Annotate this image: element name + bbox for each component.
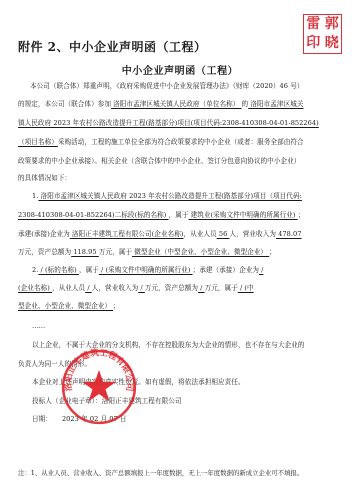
body-line: 的具体情况如下： — [18, 174, 71, 183]
document-page: 雷 郭 印 晓 附件 2、中小企业声明函（工程） 中小企业声明函（工程） 本公司… — [0, 0, 360, 502]
item-2-line: 2. / (标的名称) ，属于 / (采购文件中明确的所属行业) ；承建（承接）… — [32, 266, 263, 275]
contractor-name: 洛阳正丰建筑工程有限公司(企业名称) — [70, 230, 184, 238]
item-1-line: 承建(承接)企业为 洛阳正丰建筑工程有限公司(企业名称)，从业人员 56 人，营… — [18, 230, 302, 239]
personal-seal-stamp: 雷 郭 印 晓 — [303, 14, 342, 54]
seal-char: 雷 — [304, 15, 323, 34]
item-2-line: (企业名称) ，从业人员 / 人，营业收入为 / 万元，资产总额为 / 万元，属… — [18, 284, 254, 293]
annex-heading: 附件 2、中小企业声明函（工程） — [18, 38, 207, 55]
item-1-line: 万元，资产总额为 118.95 万元，属于 微型企业（中型企业、小型企业、微型企… — [18, 248, 276, 257]
revenue-value: 478.07 — [276, 230, 302, 238]
body-line: 政策要求的中小企业承接）。相关企业（含联合体中的中小企业、签订分包意向协议的中小… — [18, 157, 300, 166]
company-seal-stamp: 洛阳正丰建筑工程有限公司 — [60, 348, 138, 426]
item-1-line: 1. 洛阳市孟津区城关镇人民政府 2023 年农村公路改造提升工程(路基部分)项… — [32, 192, 302, 201]
ellipsis: …… — [32, 322, 45, 331]
star-icon — [82, 370, 116, 402]
employee-count: 56 — [217, 230, 230, 238]
body-line: 的规定，本公司（联合体）参加 洛阳市孟津区城关镇人民政府（单位名称） 的 洛阳市… — [18, 100, 304, 109]
body-line: （项目名称）采购活动，工程的施工单位全部为符合政策要求的中小企业（或者：服务全部… — [18, 138, 304, 147]
seal-char: 印 — [304, 34, 323, 53]
purchaser-name: 洛阳市孟津区城关镇人民政府（单位名称） — [111, 100, 242, 108]
item-1-line: 2308-410308-04-01-852264)二标段(标的名称) ，属于 建… — [18, 211, 304, 220]
seal-char: 晓 — [323, 34, 342, 53]
document-title: 中小企业声明函（工程） — [0, 62, 360, 77]
seal-char: 郭 — [323, 15, 342, 34]
body-line: 本公司（联合体）郑重声明，《政府采购促进中小企业发展管理办法》（财库（2020）… — [30, 82, 303, 91]
footnote: 注：1、从业人员、营业收入、资产总额填报上一年度数据，无上一年度数据的新成立企业… — [18, 468, 303, 477]
project-name-cont: 镇人民政府 2023 年农村公路改造提升工程(路基部分)项目(项目代码:2308… — [18, 119, 319, 128]
item-2-line: 型企业、小型企业、微型企业） ； — [18, 302, 120, 311]
total-assets-value: 118.95 — [71, 248, 99, 256]
project-name: 洛阳市孟津区城关 — [248, 100, 303, 108]
date-label: 日期： — [32, 415, 52, 423]
enterprise-type: 微型企业（中型企业、小型企业、微型企业） — [132, 248, 269, 256]
